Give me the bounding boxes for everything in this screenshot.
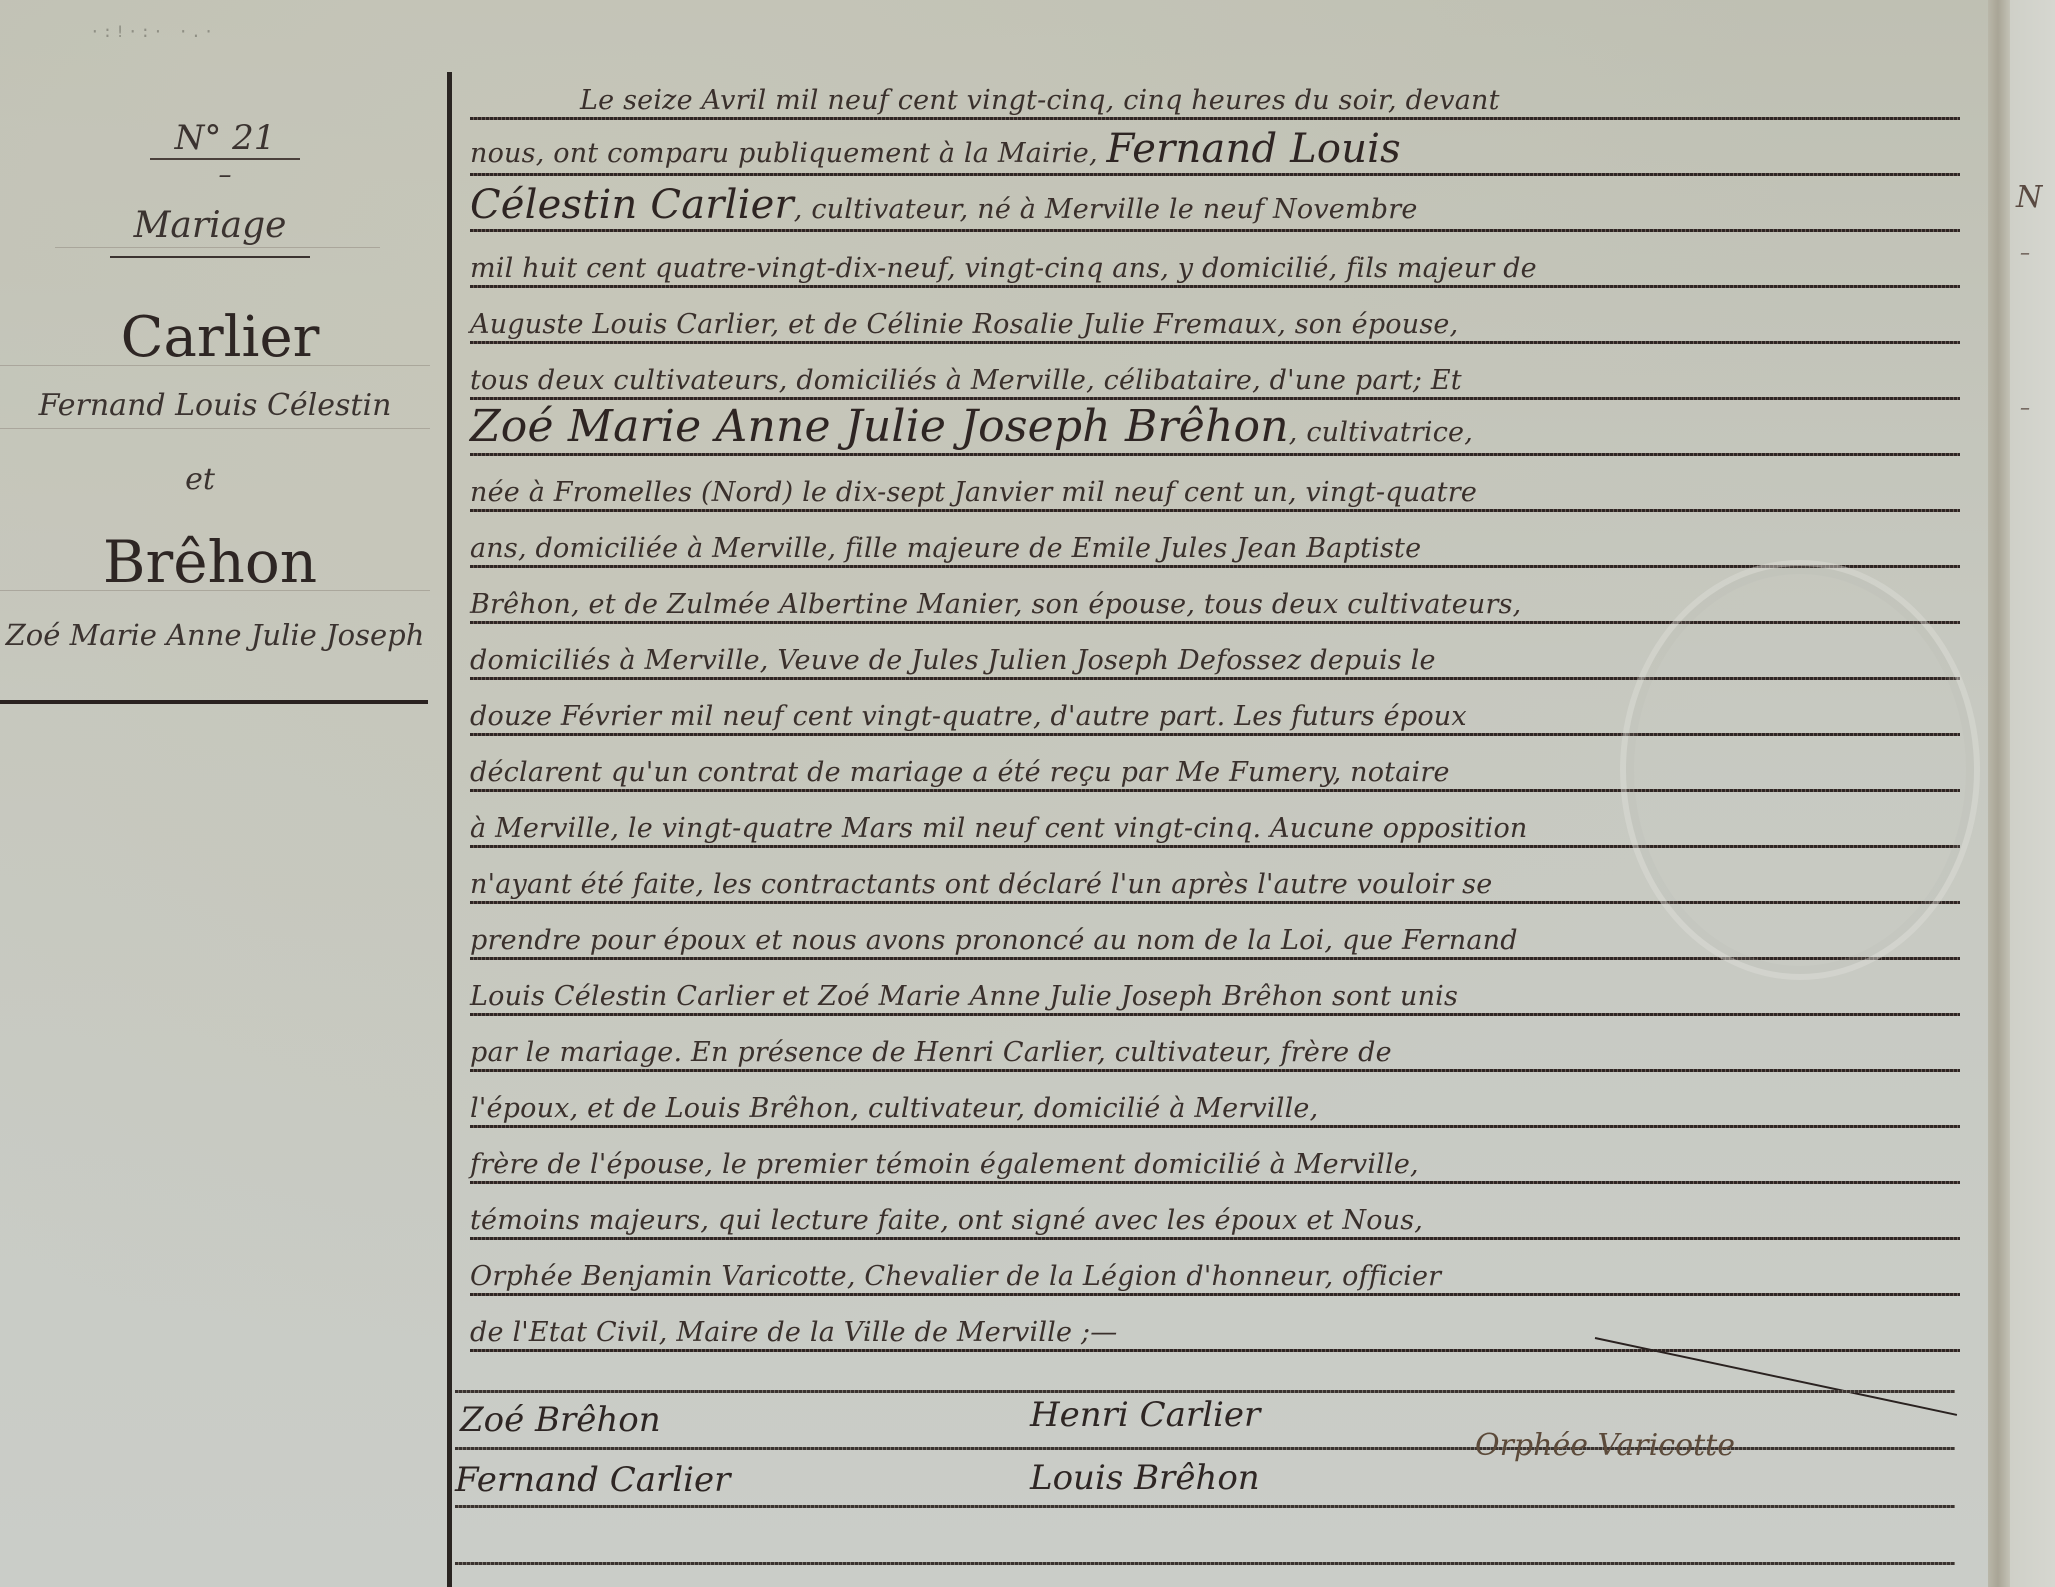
groom-given-names: Fernand Louis Célestin bbox=[0, 388, 430, 423]
margin-vertical-rule bbox=[447, 72, 452, 1587]
book-binding-gutter bbox=[1988, 0, 2010, 1587]
margin-guide-line bbox=[0, 428, 430, 429]
groom-name-emphasis: Fernand Louis bbox=[1107, 126, 1401, 172]
signature-rule bbox=[455, 1505, 1955, 1508]
signature-bride: Zoé Brêhon bbox=[460, 1400, 661, 1440]
signature-witness-henri: Henri Carlier bbox=[1030, 1395, 1260, 1435]
signature-rule bbox=[455, 1562, 1955, 1565]
text-line: ans, domiciliée à Merville, fille majeur… bbox=[470, 520, 1960, 572]
signature-witness-louis: Louis Brêhon bbox=[1030, 1458, 1260, 1498]
text-line: Zoé Marie Anne Julie Joseph Brêhon, cult… bbox=[470, 408, 1960, 460]
text-line: Le seize Avril mil neuf cent vingt-cinq,… bbox=[470, 72, 1960, 124]
bride-given-names: Zoé Marie Anne Julie Joseph bbox=[0, 618, 440, 652]
act-type-label: Mariage bbox=[110, 205, 310, 258]
margin-guide-line bbox=[0, 365, 430, 366]
text-line: Auguste Louis Carlier, et de Célinie Ros… bbox=[470, 296, 1960, 348]
text-line: mil huit cent quatre-vingt-dix-neuf, vin… bbox=[470, 240, 1960, 292]
text-line: Célestin Carlier, cultivateur, né à Merv… bbox=[470, 184, 1960, 236]
groom-surname: Carlier bbox=[70, 305, 370, 370]
text-line: témoins majeurs, qui lecture faite, ont … bbox=[470, 1192, 1960, 1244]
text-line: née à Fromelles (Nord) le dix-sept Janvi… bbox=[470, 464, 1960, 516]
signature-rule bbox=[455, 1390, 1955, 1393]
text-line: Orphée Benjamin Varicotte, Chevalier de … bbox=[470, 1248, 1960, 1300]
register-page: ·:!·:· ·.· N° 21 – Mariage Carlier Ferna… bbox=[0, 0, 2010, 1587]
signature-officer: Orphée Varicotte bbox=[1475, 1428, 1735, 1463]
margin-dash: – bbox=[185, 160, 265, 190]
text-line: par le mariage. En présence de Henri Car… bbox=[470, 1024, 1960, 1076]
embossed-seal bbox=[1620, 560, 1980, 980]
act-number: N° 21 bbox=[150, 118, 300, 160]
signature-groom: Fernand Carlier bbox=[455, 1460, 730, 1500]
text-line: l'époux, et de Louis Brêhon, cultivateur… bbox=[470, 1080, 1960, 1132]
text-line: tous deux cultivateurs, domiciliés à Mer… bbox=[470, 352, 1960, 404]
adjacent-page-edge: N – – bbox=[2010, 0, 2055, 1587]
text-line: nous, ont comparu publiquement à la Mair… bbox=[470, 128, 1960, 180]
conjunction-et: et bbox=[150, 462, 250, 497]
groom-name-emphasis: Célestin Carlier bbox=[470, 182, 794, 228]
text-line: de l'Etat Civil, Maire de la Ville de Me… bbox=[470, 1304, 1960, 1356]
adjacent-page-mark: – bbox=[2020, 395, 2030, 419]
text-line: frère de l'épouse, le premier témoin éga… bbox=[470, 1136, 1960, 1188]
margin-guide-line bbox=[0, 590, 430, 591]
text-line: Louis Célestin Carlier et Zoé Marie Anne… bbox=[470, 968, 1960, 1020]
bride-surname: Brêhon bbox=[60, 528, 360, 596]
margin-section-divider bbox=[0, 700, 428, 704]
faint-stamp-mark: ·:!·:· ·.· bbox=[90, 22, 216, 41]
adjacent-page-mark: – bbox=[2020, 240, 2030, 264]
bride-name-emphasis: Zoé Marie Anne Julie Joseph Brêhon bbox=[470, 401, 1289, 452]
adjacent-page-mark: N bbox=[2016, 180, 2042, 215]
